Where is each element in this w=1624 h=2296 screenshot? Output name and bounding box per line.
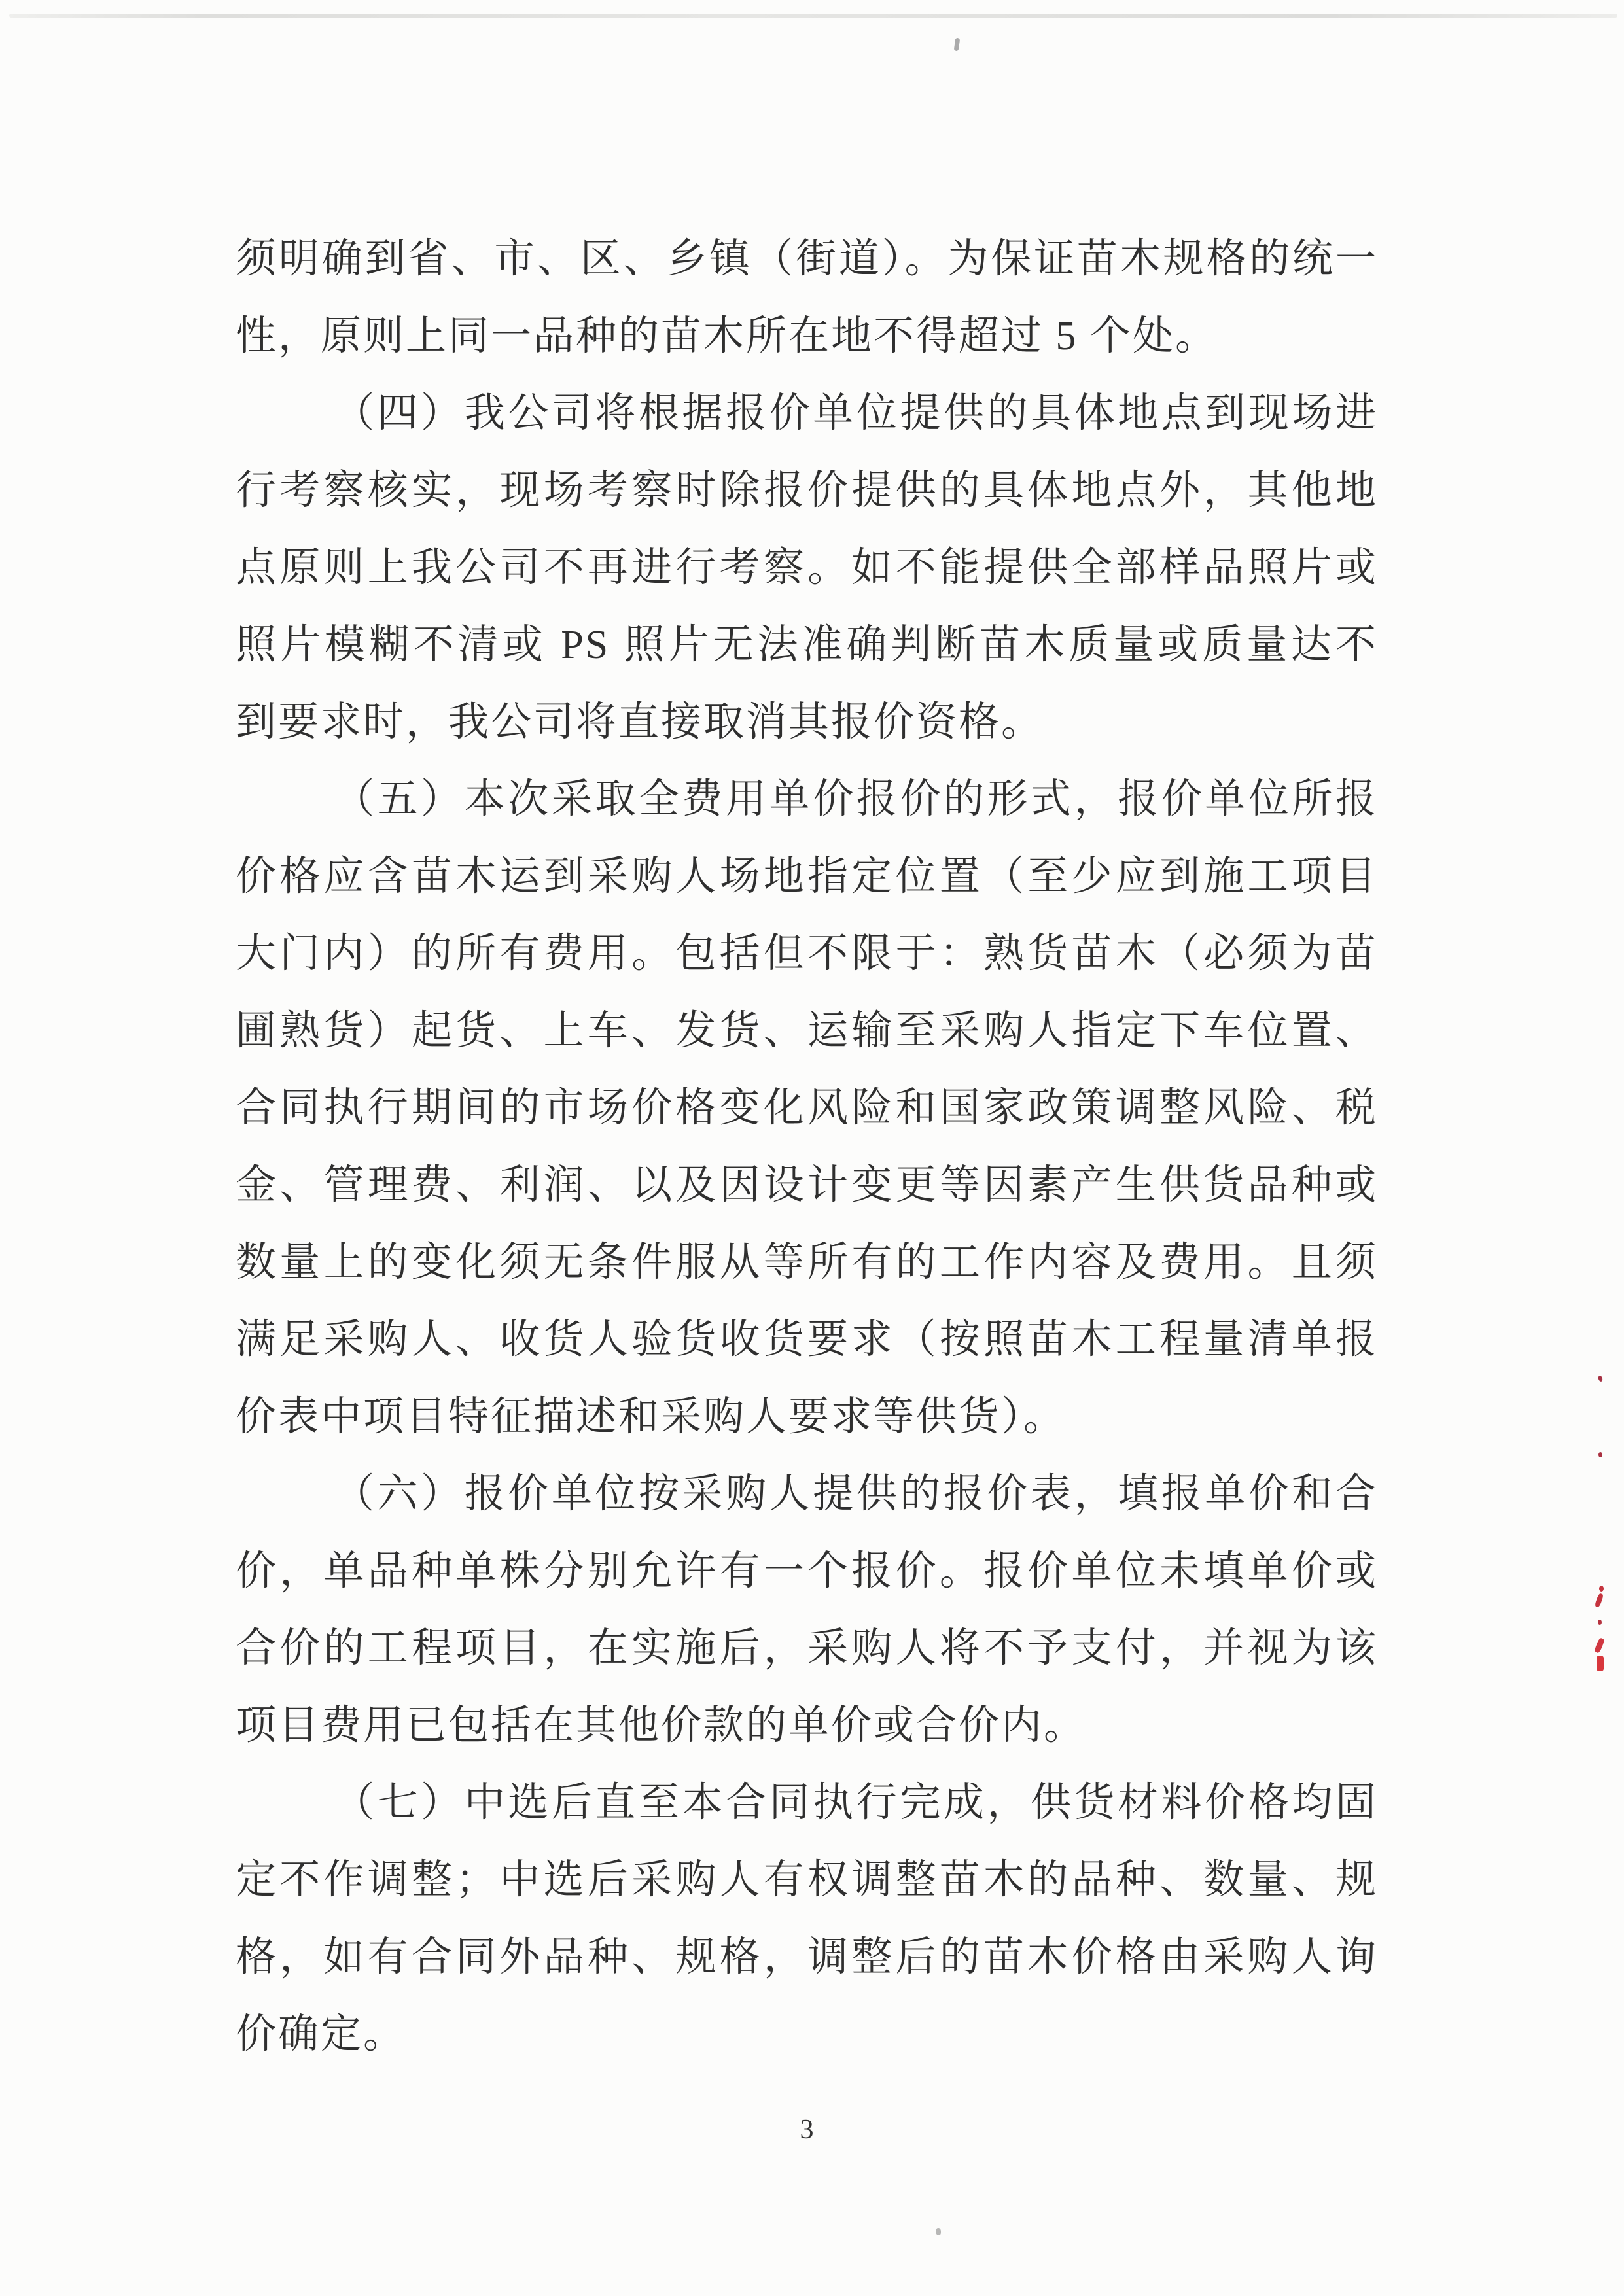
text-line: 合价的工程项目，在实施后，采购人将不予支付，并视为该 [236, 1610, 1378, 1687]
text-line: 格，如有合同外品种、规格，调整后的苗木价格由采购人询 [236, 1919, 1378, 1996]
text-line: （四）我公司将根据报价单位提供的具体地点到现场进 [236, 375, 1378, 452]
ink-speck-top [954, 38, 961, 52]
text-line: 金、管理费、利润、以及因设计变更等因素产生供货品种或 [236, 1147, 1378, 1224]
text-line: 照片模糊不清或 PS 照片无法准确判断苗木质量或质量达不 [236, 606, 1378, 684]
text-line: 合同执行期间的市场价格变化风险和国家政策调整风险、税 [236, 1070, 1378, 1147]
text-line: 大门内）的所有费用。包括但不限于：熟货苗木（必须为苗 [236, 915, 1378, 992]
red-ink-fragment [1597, 1656, 1604, 1671]
text-line: （五）本次采取全费用单价报价的形式，报价单位所报 [236, 761, 1378, 838]
red-ink-fragment [1598, 1452, 1602, 1457]
red-ink-fragment [1594, 1637, 1605, 1654]
document-body-text: 须明确到省、市、区、乡镇（街道）。为保证苗木规格的统一性，原则上同一品种的苗木所… [236, 220, 1378, 2073]
text-line: （七）中选后直至本合同执行完成，供货材料价格均固 [236, 1764, 1378, 1841]
text-line: 定不作调整；中选后采购人有权调整苗木的品种、数量、规 [236, 1841, 1378, 1919]
text-line: 数量上的变化须无条件服从等所有的工作内容及费用。且须 [236, 1224, 1378, 1301]
red-ink-fragment [1598, 1620, 1602, 1625]
document-page: 须明确到省、市、区、乡镇（街道）。为保证苗木规格的统一性，原则上同一品种的苗木所… [0, 0, 1624, 2296]
text-line: 满足采购人、收货人验货收货要求（按照苗木工程量清单报 [236, 1301, 1378, 1378]
text-line: 须明确到省、市、区、乡镇（街道）。为保证苗木规格的统一 [236, 220, 1378, 298]
red-ink-fragment [1599, 1586, 1604, 1592]
red-ink-fragment [1598, 1375, 1604, 1382]
text-line: 价格应含苗木运到采购人场地指定位置（至少应到施工项目 [236, 838, 1378, 915]
page-number: 3 [236, 2114, 1378, 2146]
top-scan-rule-line [9, 14, 1617, 18]
text-line: 行考察核实，现场考察时除报价提供的具体地点外，其他地 [236, 452, 1378, 529]
ink-speck-bottom [936, 2228, 941, 2235]
text-line: 价确定。 [236, 1996, 1378, 2073]
text-line: 项目费用已包括在其他价款的单价或合价内。 [236, 1687, 1378, 1764]
text-line: 点原则上我公司不再进行考察。如不能提供全部样品照片或 [236, 529, 1378, 606]
text-line: 价表中项目特征描述和采购人要求等供货）。 [236, 1378, 1378, 1455]
text-line: 性，原则上同一品种的苗木所在地不得超过 5 个处。 [236, 298, 1378, 375]
red-ink-fragment [1595, 1593, 1604, 1607]
text-line: 到要求时，我公司将直接取消其报价资格。 [236, 684, 1378, 761]
text-line: 价，单品种单株分别允许有一个报价。报价单位未填单价或 [236, 1533, 1378, 1610]
text-line: 圃熟货）起货、上车、发货、运输至采购人指定下车位置、 [236, 992, 1378, 1070]
text-line: （六）报价单位按采购人提供的报价表，填报单价和合 [236, 1455, 1378, 1533]
